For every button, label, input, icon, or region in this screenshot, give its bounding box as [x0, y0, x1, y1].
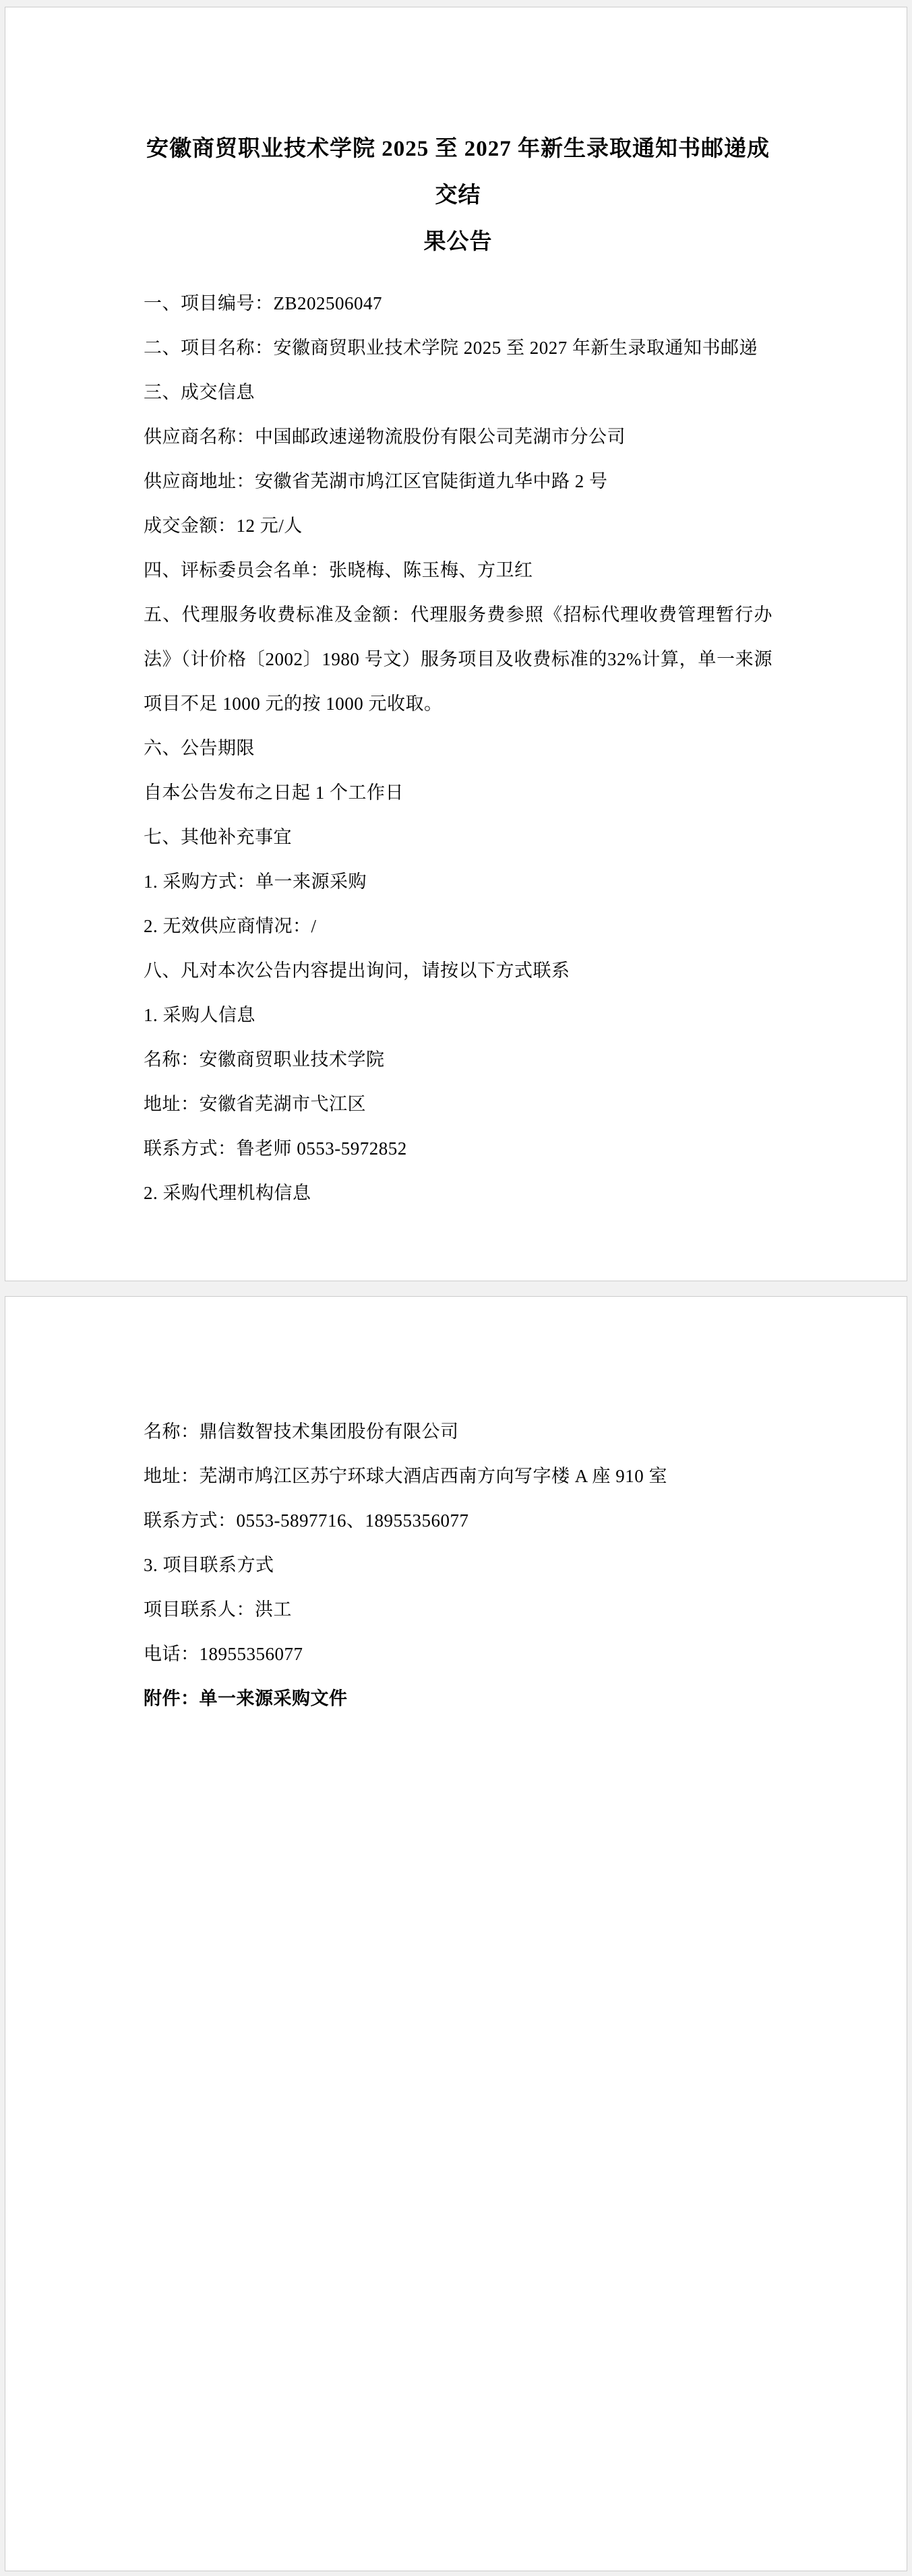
line-agency-fee-3: 项目不足 1000 元的按 1000 元收取。	[144, 681, 772, 726]
line-attachment: 附件：单一来源采购文件	[144, 1676, 772, 1721]
line-project-contact-person: 项目联系人：洪工	[144, 1587, 772, 1632]
page-title: 安徽商贸职业技术学院 2025 至 2027 年新生录取通知书邮递成交结 果公告	[144, 7, 772, 266]
line-project-contact-phone: 电话：18955356077	[144, 1632, 772, 1676]
line-purchaser-address: 地址：安徽省芜湖市弋江区	[144, 1082, 772, 1126]
line-agency-contact: 联系方式：0553-5897716、18955356077	[144, 1498, 772, 1543]
line-project-number: 一、项目编号：ZB202506047	[144, 281, 772, 326]
line-supplier-address: 供应商地址：安徽省芜湖市鸠江区官陡街道九华中路 2 号	[144, 459, 772, 503]
line-purchaser-info-heading: 1. 采购人信息	[144, 993, 772, 1037]
line-deal-amount: 成交金额：12 元/人	[144, 503, 772, 548]
page-2: 名称：鼎信数智技术集团股份有限公司 地址：芜湖市鸠江区苏宁环球大酒店西南方向写字…	[5, 1296, 907, 2571]
document-canvas: 安徽商贸职业技术学院 2025 至 2027 年新生录取通知书邮递成交结 果公告…	[0, 0, 912, 2576]
line-inquiry-contact-heading: 八、凡对本次公告内容提出询问，请按以下方式联系	[144, 948, 772, 993]
line-period-value: 自本公告发布之日起 1 个工作日	[144, 770, 772, 815]
line-purchaser-contact: 联系方式：鲁老师 0553-5972852	[144, 1126, 772, 1171]
page-title-line-1: 安徽商贸职业技术学院 2025 至 2027 年新生录取通知书邮递成交结	[144, 126, 772, 219]
page-1: 安徽商贸职业技术学院 2025 至 2027 年新生录取通知书邮递成交结 果公告…	[5, 7, 907, 1281]
line-agency-fee-1: 五、代理服务收费标准及金额：代理服务费参照《招标代理收费管理暂行办	[144, 592, 772, 637]
line-invalid-suppliers: 2. 无效供应商情况：/	[144, 904, 772, 948]
page-title-line-2: 果公告	[144, 219, 772, 266]
line-purchaser-name: 名称：安徽商贸职业技术学院	[144, 1037, 772, 1082]
line-period-heading: 六、公告期限	[144, 726, 772, 770]
line-agency-address: 地址：芜湖市鸠江区苏宁环球大酒店西南方向写字楼 A 座 910 室	[144, 1454, 772, 1498]
line-agency-info-heading: 2. 采购代理机构信息	[144, 1171, 772, 1215]
line-agency-fee-2: 法》（计价格〔2002〕1980 号文）服务项目及收费标准的32%计算，单一来源	[144, 637, 772, 681]
line-other-matters-heading: 七、其他补充事宜	[144, 815, 772, 859]
line-project-contact-heading: 3. 项目联系方式	[144, 1543, 772, 1587]
line-deal-info-heading: 三、成交信息	[144, 370, 772, 415]
line-project-name: 二、项目名称：安徽商贸职业技术学院 2025 至 2027 年新生录取通知书邮递	[144, 326, 772, 370]
line-agency-name: 名称：鼎信数智技术集团股份有限公司	[144, 1409, 772, 1454]
line-procurement-method: 1. 采购方式：单一来源采购	[144, 859, 772, 904]
line-evaluation-committee: 四、评标委员会名单：张晓梅、陈玉梅、方卫红	[144, 548, 772, 592]
line-supplier-name: 供应商名称：中国邮政速递物流股份有限公司芜湖市分公司	[144, 415, 772, 459]
